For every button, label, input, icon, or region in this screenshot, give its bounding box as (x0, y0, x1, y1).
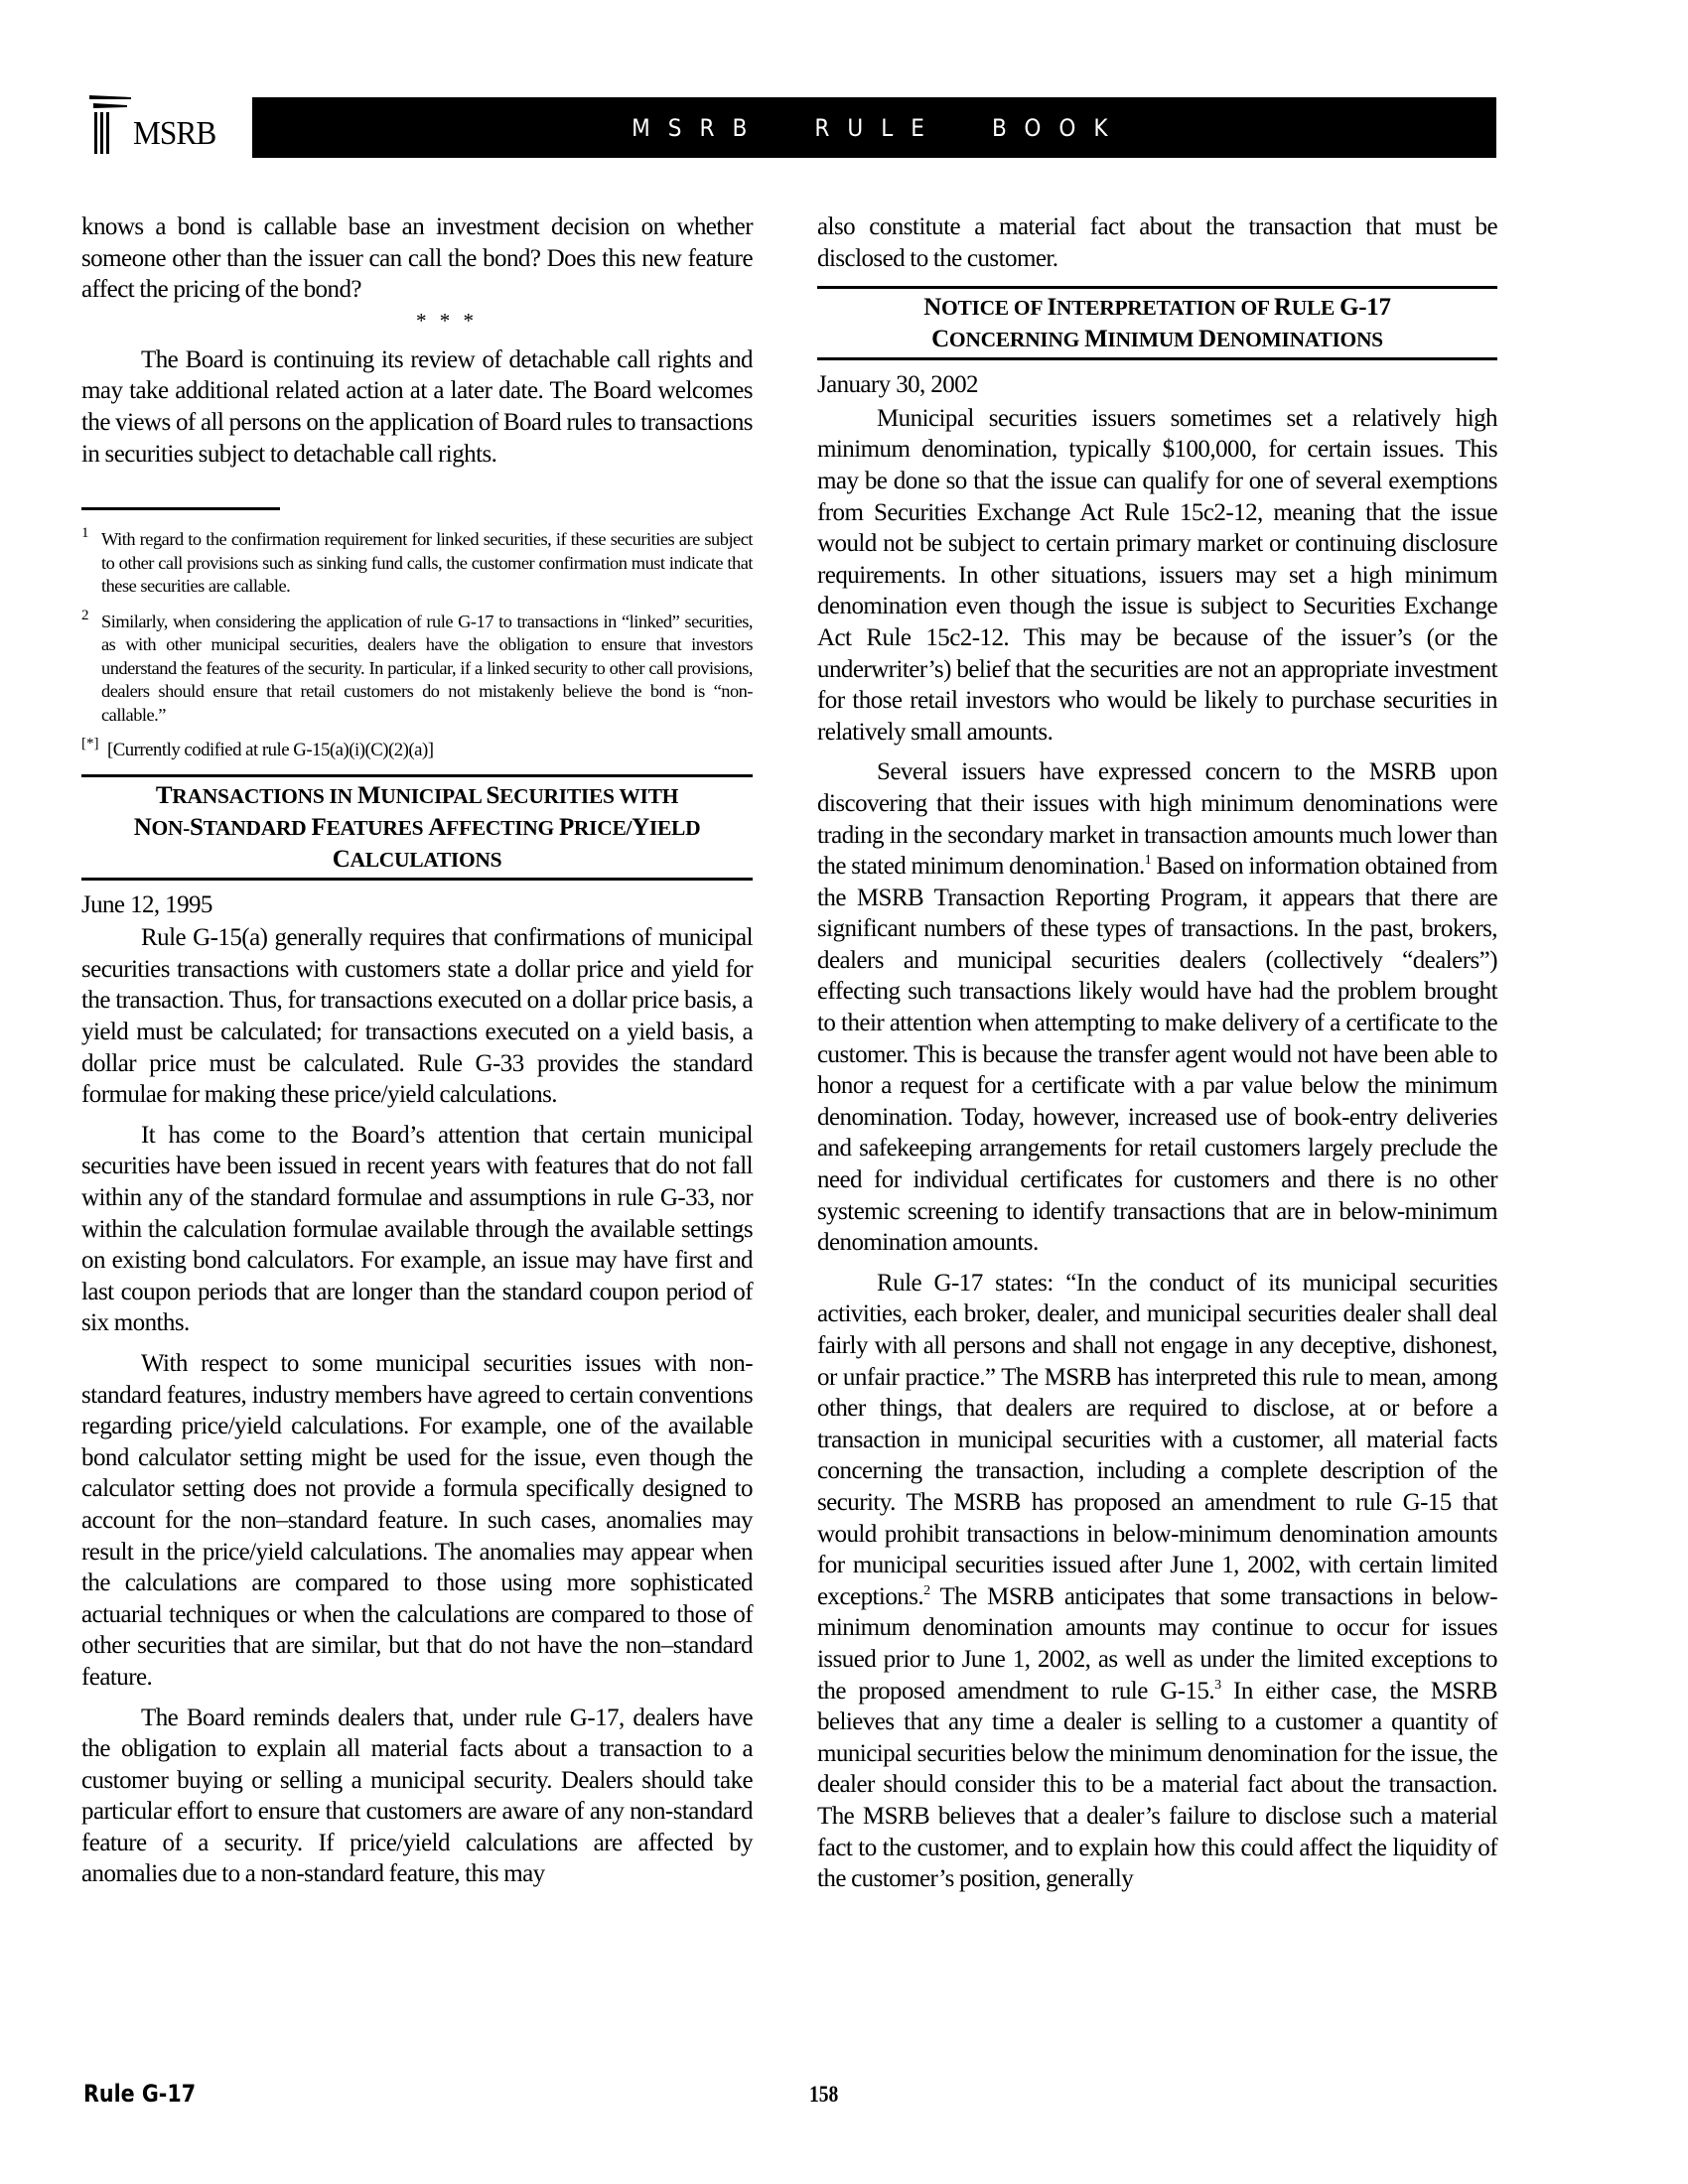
footnote-divider (81, 507, 280, 510)
text-run: Based on information obtained from the M… (817, 853, 1497, 1256)
footnote-codified: [*] [Currently codified at rule G-15(a)(… (81, 739, 753, 762)
footnote-text: With regard to the confirmation requirem… (101, 529, 753, 596)
continued-paragraph: also constitute a material fact about th… (817, 211, 1497, 274)
footnote-text: [Currently codified at rule G-15(a)(i)(C… (107, 740, 434, 760)
right-column: also constitute a material fact about th… (817, 211, 1497, 1895)
section-date: January 30, 2002 (817, 369, 1497, 401)
heading-line: CALCULATIONS (81, 844, 753, 876)
footnote-mark: [*] (81, 733, 99, 756)
footer-rule-label: Rule G-17 (83, 2080, 196, 2108)
body-paragraph: With respect to some municipal securitie… (81, 1348, 753, 1694)
body-paragraph: Several issuers have expressed concern t… (817, 756, 1497, 1259)
footnote-mark: 2 (81, 605, 89, 628)
footnote-mark: 1 (81, 522, 89, 546)
rulebook-title: MSRB RULE BOOK (623, 114, 1125, 142)
body-paragraph: Municipal securities issuers sometimes s… (817, 403, 1497, 749)
board-review-paragraph: The Board is continuing its review of de… (81, 344, 753, 470)
text-run: Rule G-17 states: “In the conduct of its… (817, 1270, 1497, 1610)
column-pillar-icon (87, 93, 131, 157)
left-column: knows a bond is callable base an investm… (81, 211, 753, 1890)
text-run: In either case, the MSRB believes that a… (817, 1678, 1497, 1893)
header-bar: MSRB RULE BOOK (252, 97, 1496, 158)
body-paragraph: Rule G-17 states: “In the conduct of its… (817, 1268, 1497, 1895)
body-paragraph: Rule G-15(a) generally requires that con… (81, 922, 753, 1111)
section-date: June 12, 1995 (81, 889, 753, 921)
section-heading-nonstandard-features: TRANSACTIONS IN MUNICIPAL SECURITIES WIT… (81, 774, 753, 881)
heading-line: CONCERNING MINIMUM DENOMINATIONS (817, 324, 1497, 355)
footnote-2: 2 Similarly, when considering the applic… (81, 611, 753, 728)
page-number: 158 (809, 2082, 838, 2108)
heading-line: NON-STANDARD FEATURES AFFECTING PRICE/YI… (81, 812, 753, 844)
footnote-text: Similarly, when considering the applicat… (101, 612, 753, 725)
continued-paragraph: knows a bond is callable base an investm… (81, 211, 753, 306)
footnote-1: 1 With regard to the confirmation requir… (81, 528, 753, 599)
section-heading-minimum-denominations: NOTICE OF INTERPRETATION OF RULE G-17CON… (817, 286, 1497, 360)
heading-line: NOTICE OF INTERPRETATION OF RULE G-17 (817, 292, 1497, 324)
msrb-logo: MSRB (87, 93, 236, 157)
body-paragraph: It has come to the Board’s attention tha… (81, 1120, 753, 1339)
logo-text: MSRB (133, 117, 215, 151)
body-paragraph: The Board reminds dealers that, under ru… (81, 1703, 753, 1891)
document-page: MSRB MSRB RULE BOOK knows a bond is call… (0, 0, 1688, 2184)
heading-line: TRANSACTIONS IN MUNICIPAL SECURITIES WIT… (81, 780, 753, 812)
section-separator: * * * (81, 306, 753, 336)
